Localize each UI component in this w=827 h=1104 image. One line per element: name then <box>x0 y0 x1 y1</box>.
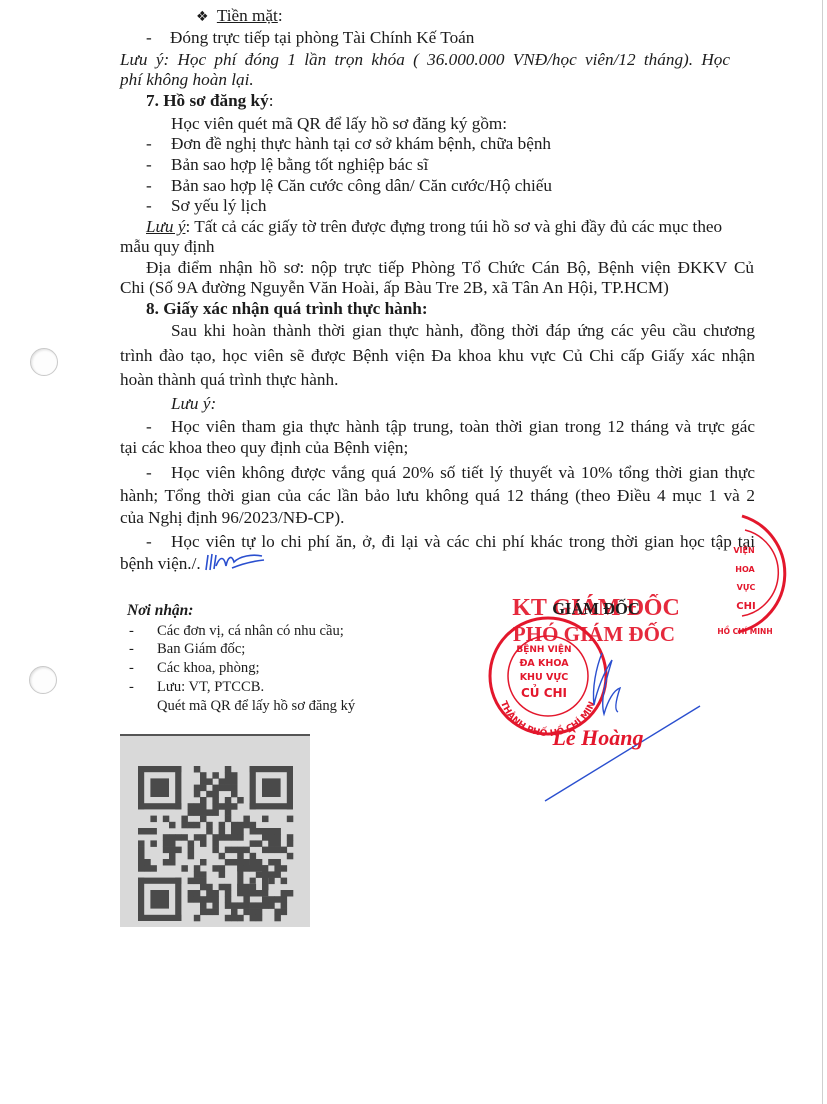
svg-text:KHU VỰC: KHU VỰC <box>520 672 569 683</box>
cash-item: -Đóng trực tiếp tại phòng Tài Chính Kế T… <box>146 28 474 48</box>
binder-hole-bottom <box>29 666 57 694</box>
list-item: -Sơ yếu lý lịch <box>146 196 267 216</box>
fee-note-line2: phí không hoàn lại. <box>120 70 254 90</box>
qr-code-graphic <box>120 736 310 927</box>
section8-para-line3: hoàn thành quá trình thực hành. <box>120 370 338 390</box>
initials-signature-icon <box>206 554 264 570</box>
title-black: GIÁM ĐỐC <box>552 598 640 618</box>
section7-heading: 7. Hồ sơ đăng ký: <box>146 91 274 111</box>
location-line1: Địa điểm nhận hồ sơ: nộp trực tiếp Phòng… <box>146 258 754 278</box>
qr-code-icon[interactable] <box>120 734 310 927</box>
section7-intro: Học viên quét mã QR để lấy hồ sơ đăng ký… <box>171 114 507 134</box>
section8-note2-line3: của Nghị định 96/2023/NĐ-CP). <box>120 508 344 528</box>
section8-note3-line2: bệnh viện./. <box>120 554 201 574</box>
svg-text:BỆNH VIỆN: BỆNH VIỆN <box>516 644 571 655</box>
section8-note2-line1: -Học viên không được vắng quá 20% số tiế… <box>146 463 755 483</box>
section7-note-line2: mẫu quy định <box>120 237 215 257</box>
svg-text:HỒ CHÍ MINH: HỒ CHÍ MINH <box>717 626 772 636</box>
cash-heading: ❖ Tiền mặt: <box>196 6 283 27</box>
svg-text:ĐA KHOA: ĐA KHOA <box>519 658 569 669</box>
recipients-heading: Nơi nhận: <box>127 601 193 621</box>
list-item: -Ban Giám đốc; <box>129 640 245 658</box>
svg-text:VỰC: VỰC <box>737 583 756 592</box>
list-item: -Đơn đề nghị thực hành tại cơ sở khám bệ… <box>146 134 551 154</box>
title-red-deputy: PHÓ GIÁM ĐỐC <box>513 622 675 646</box>
page-edge-line <box>822 0 823 1104</box>
diamond-cluster-icon: ❖ <box>196 9 209 25</box>
section7-note-line1: Lưu ý: Tất cả các giấy tờ trên được đựng… <box>146 217 722 237</box>
list-item: -Lưu: VT, PTCCB. <box>129 678 264 696</box>
signer-name: Lê Hoàng <box>551 725 643 750</box>
director-signature-icon <box>545 653 700 801</box>
binder-hole-top <box>30 348 58 376</box>
list-item: -Bản sao hợp lệ Căn cước công dân/ Căn c… <box>146 176 552 196</box>
location-line2: Chi (Số 9A đường Nguyễn Văn Hoài, ấp Bàu… <box>120 278 669 298</box>
section8-note1-line1: -Học viên tham gia thực hành tập trung, … <box>146 417 755 437</box>
svg-text:HOA: HOA <box>735 565 755 574</box>
list-item: -Các khoa, phòng; <box>129 659 260 677</box>
list-item: -Các đơn vị, cá nhân có nhu cầu; <box>129 622 344 640</box>
section8-para-line1: Sau khi hoàn thành thời gian thực hành, … <box>171 321 755 341</box>
section8-note3-line1: -Học viên tự lo chi phí ăn, ở, đi lại và… <box>146 532 755 552</box>
qr-caption: Quét mã QR để lấy hồ sơ đăng ký <box>157 697 355 715</box>
section8-para-line2: trình đào tạo, học viên sẽ được Bệnh việ… <box>120 346 755 366</box>
title-red-kt: KT GIÁM ĐỐC <box>512 594 680 621</box>
section8-note1-line2: tại các khoa theo quy định của Bệnh viện… <box>120 438 408 458</box>
section8-note2-line2: hành; Tổng thời gian của các lần bảo lưu… <box>120 486 755 506</box>
fee-note-line1: Lưu ý: Học phí đóng 1 lần trọn khóa ( 36… <box>120 50 730 70</box>
section8-note-label: Lưu ý: <box>171 394 216 414</box>
svg-text:CHI: CHI <box>736 601 755 612</box>
list-item: -Bản sao hợp lệ bằng tốt nghiệp bác sĩ <box>146 155 428 175</box>
section8-heading: 8. Giấy xác nhận quá trình thực hành: <box>146 299 428 319</box>
svg-text:CỦ CHI: CỦ CHI <box>521 684 567 700</box>
